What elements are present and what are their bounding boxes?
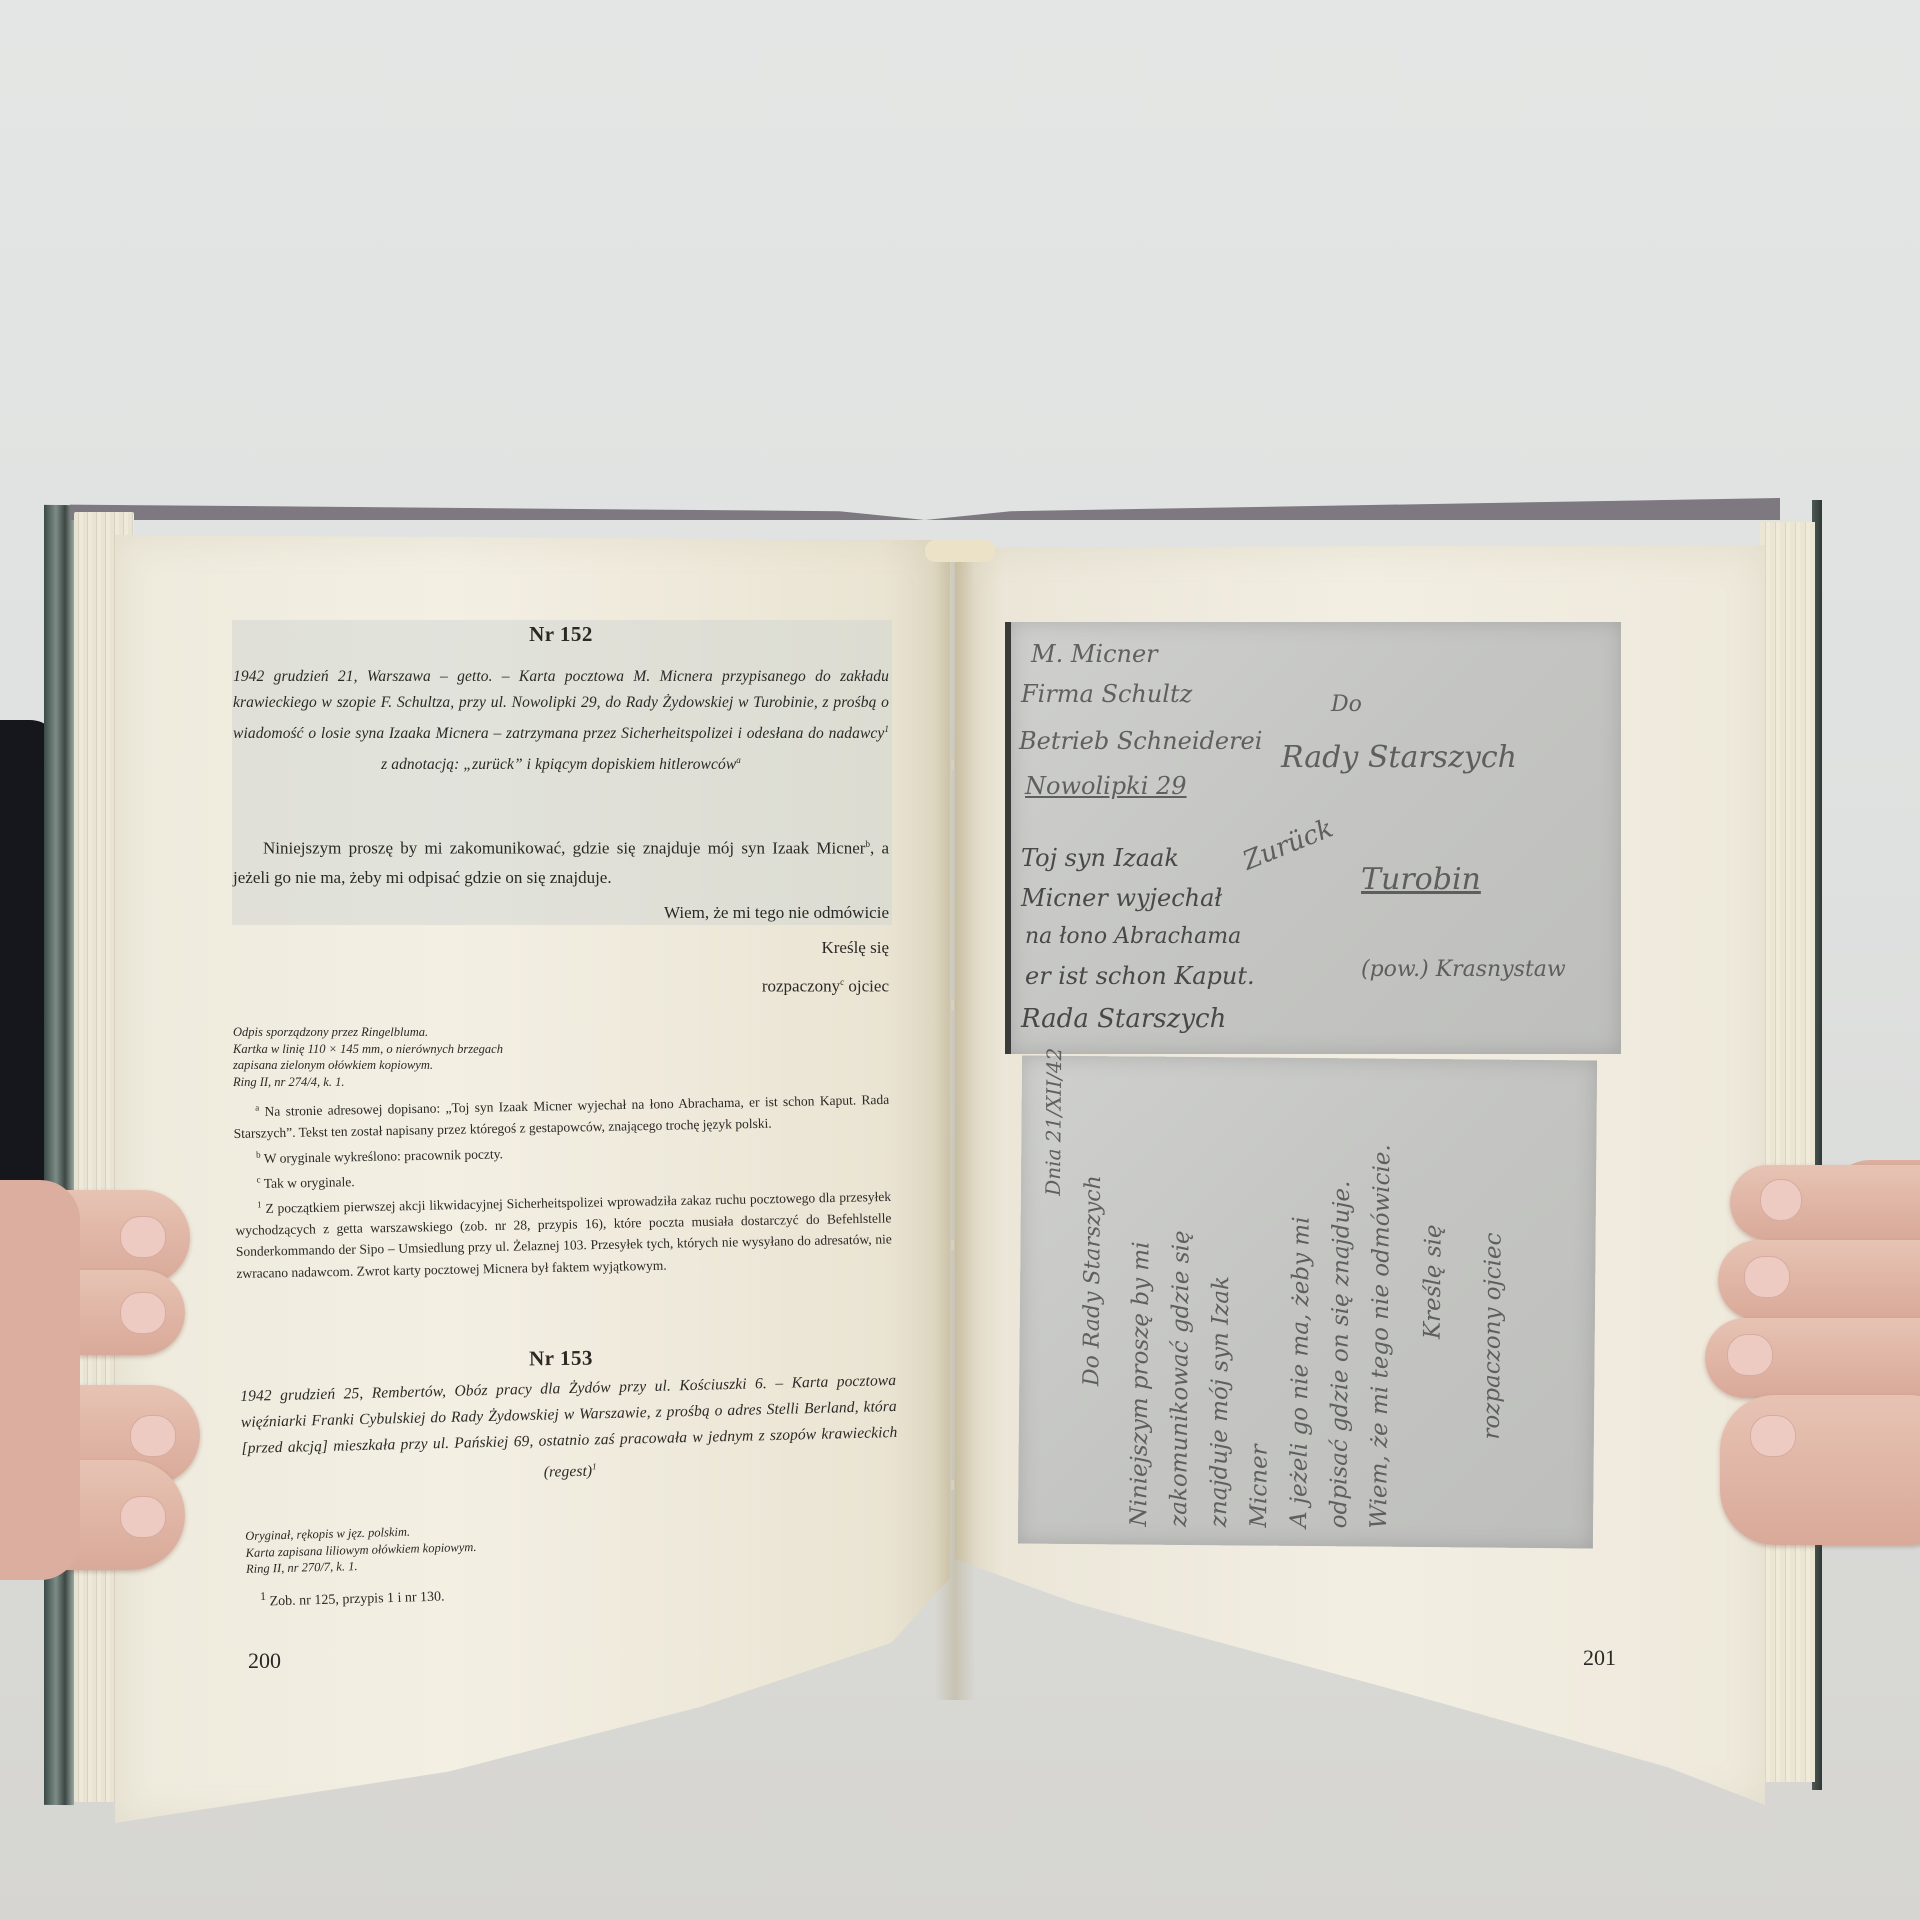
document-153-regest: 1942 grudzień 25, Rembertów, Obóz pracy …	[240, 1368, 898, 1493]
book-gutter	[935, 540, 975, 1700]
letter-closing-2: Kreślę się	[233, 933, 889, 962]
page-number-right: 201	[1583, 1645, 1616, 1671]
footnote: 1 Z początkiem pierwszej akcji likwidacy…	[235, 1182, 893, 1284]
page-number-left: 200	[248, 1648, 281, 1674]
document-152-footnotes: a Na stronie adresowej dopisano: „Toj sy…	[233, 1085, 892, 1284]
postcard-message-side-photo: Dnia 21/XII/42 Do Rady Starszych Niniejs…	[1018, 1056, 1597, 1549]
letter-signature: rozpaczonyc ojciec	[233, 968, 889, 1001]
document-152-letter-text: Niniejszym proszę by mi zakomunikować, g…	[233, 830, 889, 1000]
finger	[1705, 1318, 1920, 1398]
letter-paragraph: Niniejszym proszę by mi zakomunikować, g…	[233, 830, 889, 892]
letter-closing-1: Wiem, że mi tego nie odmówicie	[233, 898, 889, 927]
palm	[0, 1180, 80, 1580]
book-cover-left-edge	[44, 505, 74, 1805]
document-number-152: Nr 152	[233, 622, 889, 647]
binding-thread	[925, 540, 995, 562]
postcard-address-side-photo: M. Micner Firma Schultz Betrieb Schneide…	[1005, 622, 1621, 1054]
document-152-source-note: Odpis sporządzony przez Ringelbluma. Kar…	[233, 1024, 889, 1090]
binding-stitch	[951, 1240, 954, 1250]
binding-stitch	[951, 1000, 954, 1010]
finger	[1730, 1165, 1920, 1240]
book-spine-cloth	[70, 498, 1780, 520]
page-stack-right	[1760, 522, 1815, 1782]
binding-stitch	[951, 1480, 954, 1490]
finger	[1718, 1240, 1920, 1320]
binding-stitch	[951, 760, 954, 770]
document-152-regest: 1942 grudzień 21, Warszawa – getto. – Ka…	[233, 664, 889, 778]
finger	[1720, 1395, 1920, 1545]
